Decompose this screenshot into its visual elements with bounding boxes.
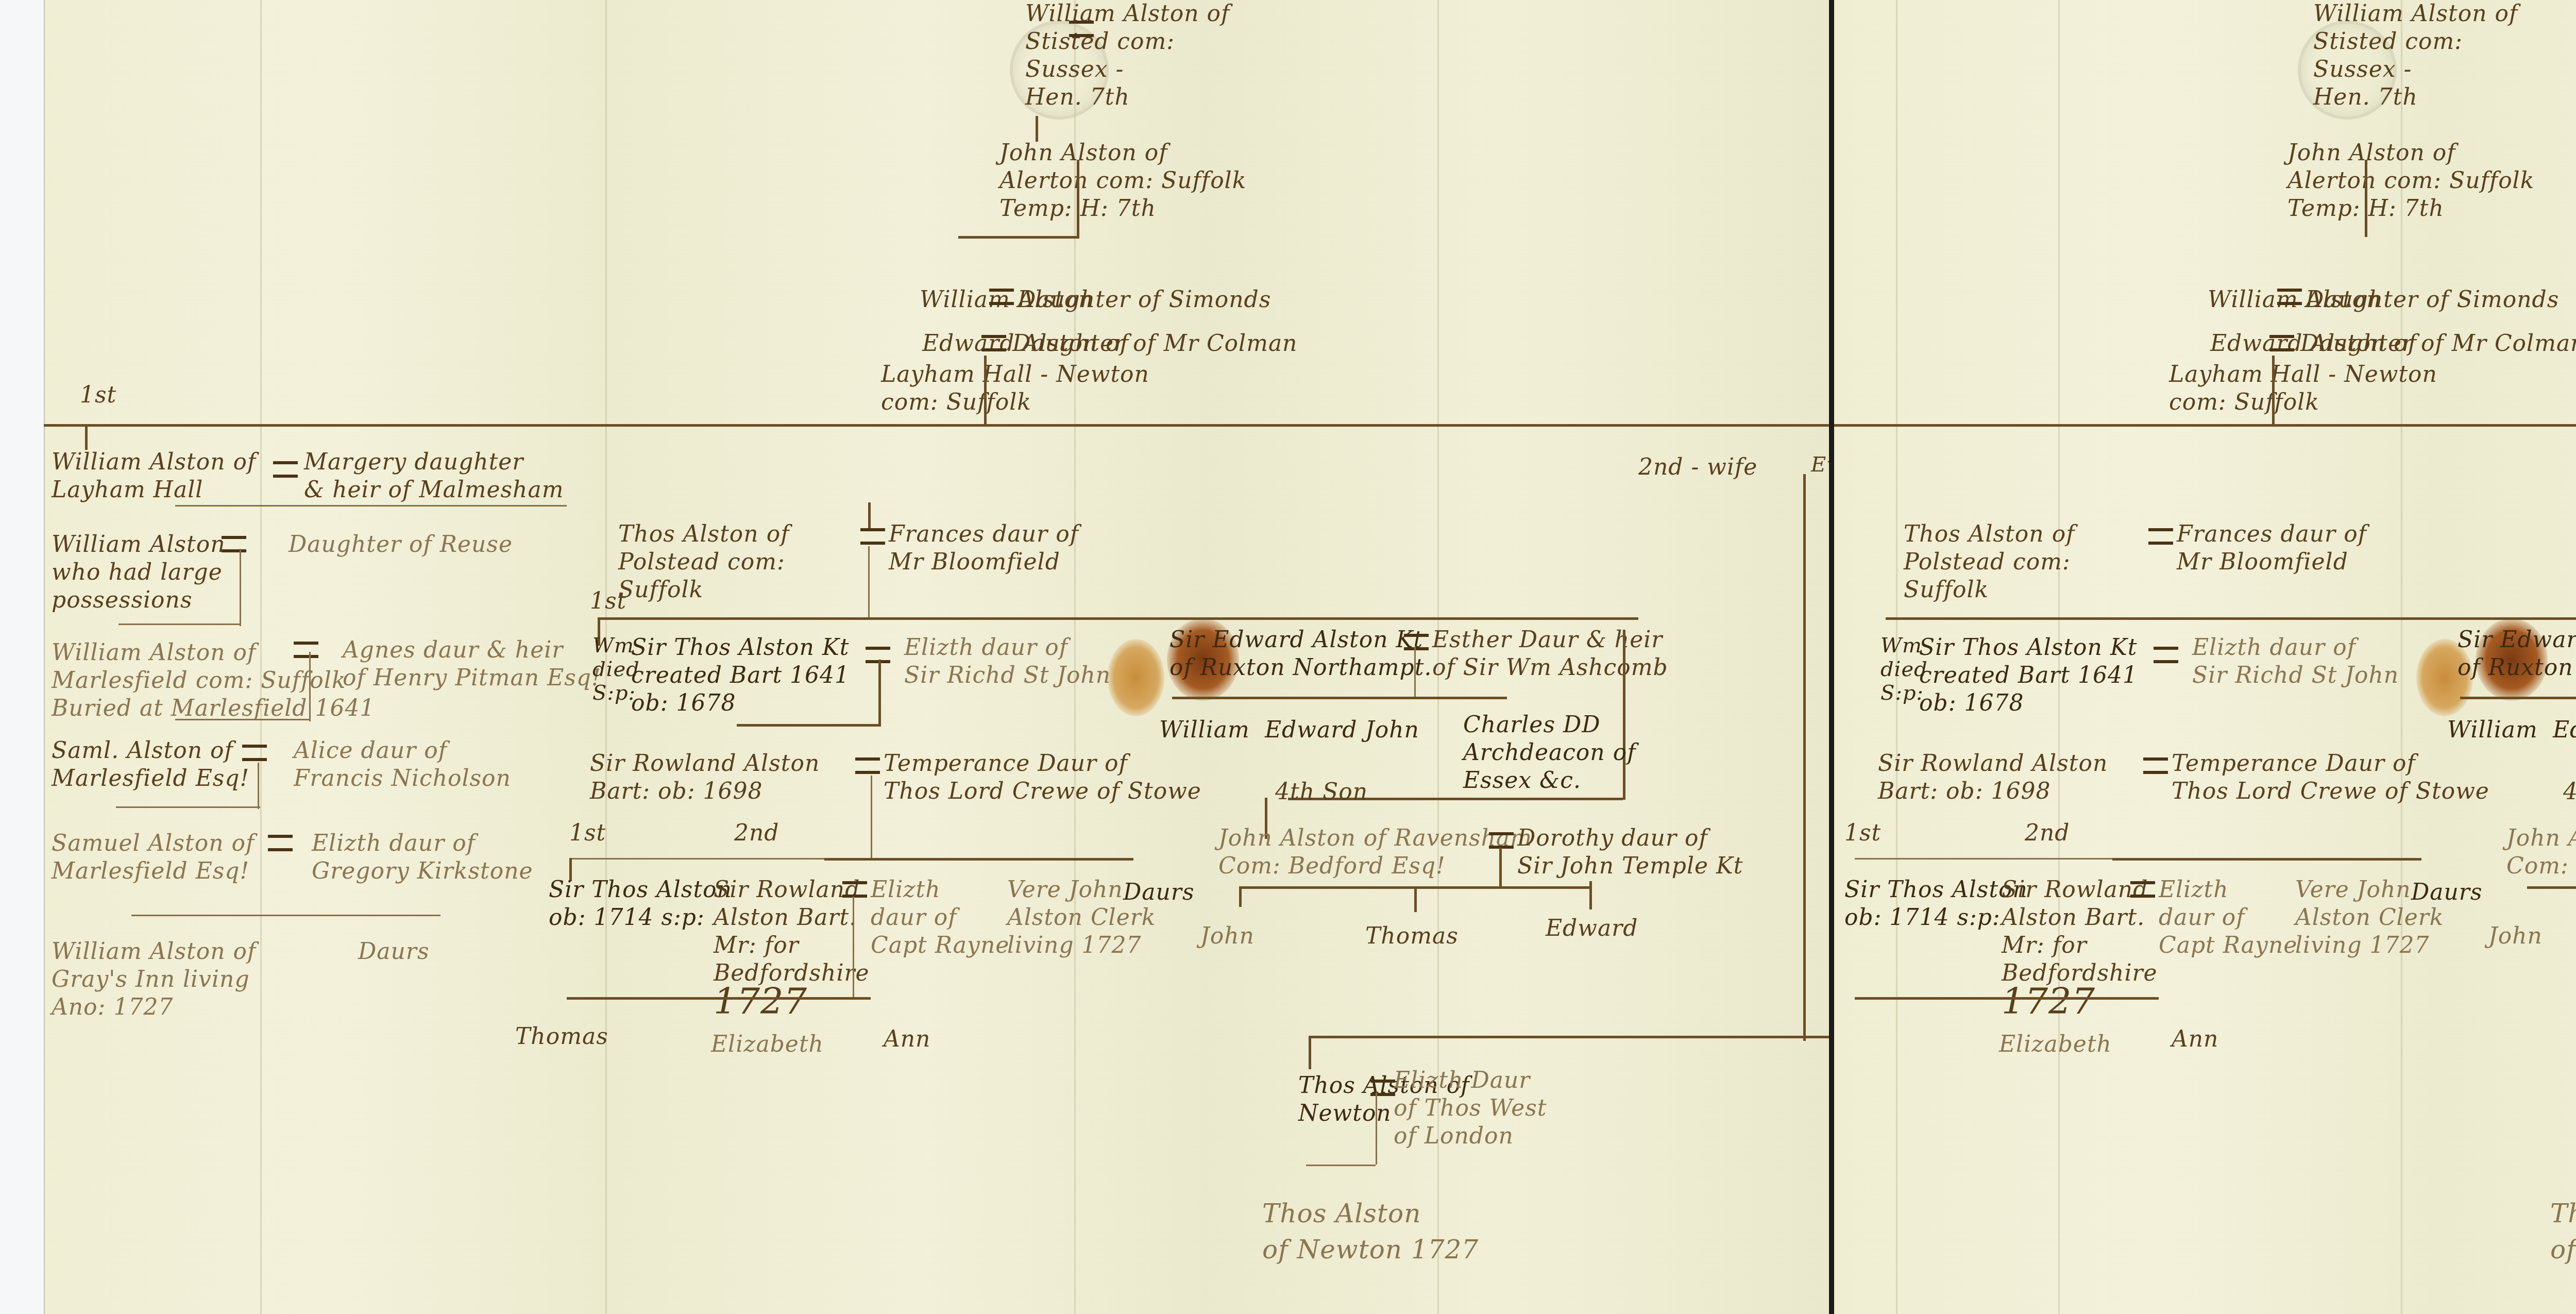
label-second-son: 2nd (734, 819, 779, 847)
child-ann: Ann (2172, 1025, 2218, 1053)
descent-line (1309, 1036, 1829, 1038)
child-edward-2: Edward (1546, 915, 1638, 942)
marriage-mark (2148, 528, 2173, 545)
marriage-mark (1370, 1080, 1395, 1096)
marriage-mark (273, 461, 298, 478)
marriage-mark (2277, 289, 2302, 305)
sir-thos-1714: Sir Thos Alston ob: 1714 s:p: (1844, 876, 2028, 932)
marriage-mark (294, 642, 318, 658)
branch-a-wife: Margery daughter & heir of Malmesham (304, 448, 564, 504)
descent-line (878, 660, 881, 727)
branch-b-wife: Daughter of Reuse (289, 531, 513, 559)
sir-rowland-wife: Temperance Daur of Thos Lord Crewe of St… (884, 750, 1201, 805)
child-charles: Charles DD Archdeacon of Essex &c. (1463, 711, 1636, 795)
polstead-husband: Thos Alston of Polstead com: Suffolk (618, 520, 789, 604)
gen2-husband: John Alston of Alerton com: Suffolk Temp… (999, 139, 1246, 223)
marriage-mark (860, 528, 885, 545)
descent-line (1499, 848, 1502, 889)
branch-e-daughters: Daurs (358, 938, 429, 966)
branch-e-husband: Samuel Alston of Marlesfield Esq! (52, 830, 255, 885)
gen1-husband: William Alston of Stisted com: Sussex - … (2313, 0, 2518, 111)
gen3-wife: Daughter of Simonds (2306, 286, 2559, 314)
sir-edward-husband: Sir Edward Alston Kt of Ruxton Northampt… (1170, 626, 1432, 682)
marriage-mark (222, 536, 246, 552)
marriage-mark (268, 835, 293, 851)
john-ravensham-wife: Dorothy daur of Sir John Temple Kt (1517, 824, 1743, 880)
descent-line (85, 424, 88, 450)
branch-d-husband: Saml. Alston of Marlesfield Esq! (52, 737, 249, 793)
sir-edward-wife: Esther Daur & heir of Sir Wm Ashcomb (1432, 626, 1668, 682)
branch-e-wife: Elizth daur of Gregory Kirkstone (312, 830, 533, 885)
marriage-mark (2269, 335, 2294, 351)
marriage-mark (2143, 757, 2168, 774)
descent-line (1306, 1165, 1376, 1166)
branch-a-husband: William Alston of Layham Hall (52, 448, 256, 504)
descent-line (984, 356, 987, 425)
sir-rowland-bart-wife: Elizth daur of Capt Rayne (2159, 876, 2297, 959)
newton-wife: Elizth Daur of Thos West of London (1394, 1067, 1547, 1150)
newton-child: Thos Alston of Newton 1727 (1262, 1195, 1479, 1268)
label-first-son-2: 1st (1844, 819, 1881, 847)
child-william: William (1159, 716, 1250, 744)
descent-line (240, 549, 241, 626)
label-first-son: 1st (590, 587, 626, 615)
descent-line (2365, 160, 2367, 237)
descent-line (1855, 858, 2112, 860)
daurs-label: Daurs (2411, 879, 2482, 906)
descent-line (309, 652, 311, 721)
gen4-seat: Layham Hall - Newton com: Suffolk (2169, 361, 2437, 416)
branch-c-husband: William Alston of Marlesfield com: Suffo… (52, 639, 375, 722)
label-fourth-son: 4th Son (1275, 778, 1368, 806)
scanner-margin (0, 0, 45, 1314)
marriage-mark (855, 757, 880, 774)
descent-line (175, 719, 309, 720)
polstead-wife: Frances daur of Mr Bloomfield (2177, 520, 2367, 576)
descent-line (1309, 1036, 1311, 1069)
gen2-husband: John Alston of Alerton com: Suffolk Temp… (2287, 139, 2534, 223)
descent-line (1855, 997, 2159, 1000)
descent-line (1589, 881, 1592, 909)
descent-line (258, 763, 259, 809)
newton-child: Thos Alston of Newton 1727 (2550, 1195, 2576, 1268)
sir-thos-wife: Elizth daur of Sir Richd St John (904, 634, 1111, 689)
descent-line (1376, 1092, 1377, 1165)
label-first: 1st (80, 381, 116, 409)
descent-line (853, 897, 854, 1000)
gen4-seat: Layham Hall - Newton com: Suffolk (881, 361, 1149, 416)
child-ann: Ann (884, 1025, 930, 1053)
child-thomas-2: Thomas (515, 1023, 608, 1051)
descent-line (868, 502, 871, 531)
marriage-mark (842, 881, 867, 898)
label-second-wife: 2nd - wife (1638, 453, 1757, 481)
descent-line (175, 505, 567, 507)
descent-line (2527, 886, 2576, 889)
child-thomas: Thomas (1365, 922, 1459, 950)
branch-f-person: William Alston of Gray's Inn living Ano:… (52, 938, 256, 1021)
marriage-mark (1069, 21, 1094, 37)
descent-line (1036, 116, 1038, 142)
marriage-mark (2154, 647, 2178, 663)
marriage-mark (981, 335, 1006, 351)
john-ravensham-husband: John Alston of Ravensham Com: Bedford Es… (2506, 824, 2576, 880)
gen1-husband: William Alston of Stisted com: Sussex - … (1025, 0, 1230, 111)
generation-bar (44, 424, 1829, 427)
gen4-wife: Daughter of Mr Colman (2300, 330, 2576, 358)
sir-rowland-bart-wife: Elizth daur of Capt Rayne (871, 876, 1009, 959)
descent-line (1803, 474, 1806, 1041)
sir-rowland-husband: Sir Rowland Alston Bart: ob: 1698 (1878, 750, 2108, 805)
sir-rowland-wife: Temperance Daur of Thos Lord Crewe of St… (2172, 750, 2489, 805)
marriage-mark (1404, 634, 1429, 650)
sir-thos-1714: Sir Thos Alston ob: 1714 s:p: (549, 876, 732, 932)
scan-seam (1829, 0, 1834, 1314)
descent-line (131, 915, 440, 916)
marriage-mark (1489, 832, 1514, 849)
descent-line (1414, 886, 1417, 912)
child-elizabeth: Elizabeth (1999, 1031, 2112, 1058)
child-john-2: John (2488, 922, 2543, 950)
marriage-mark (242, 745, 267, 761)
left-scan-panel: William Alston of Stisted com: Sussex - … (0, 0, 1829, 1314)
descent-line (1077, 160, 1079, 237)
descent-line (569, 858, 827, 860)
child-edward: Edward (1265, 716, 1357, 744)
descent-line (567, 997, 871, 1000)
marriage-mark (2130, 881, 2155, 898)
descent-line (118, 624, 240, 625)
label-second-son: 2nd (2025, 819, 2070, 847)
descent-line (116, 806, 260, 808)
sir-thos-wife: Elizth daur of Sir Richd St John (2192, 634, 2399, 689)
marriage-mark (866, 647, 890, 663)
john-ravensham-husband: John Alston of Ravensham Com: Bedford Es… (1218, 824, 1532, 880)
generation-bar (598, 617, 1638, 620)
label-fourth-son: 4th Son (2563, 778, 2576, 806)
gen3-wife: Daughter of Simonds (1018, 286, 1271, 314)
partial-edge-label: Ewa (1811, 451, 1829, 479)
branch-d-wife: Alice daur of Francis Nicholson (294, 737, 511, 793)
descent-line (824, 858, 1133, 861)
label-first-son-2: 1st (569, 819, 606, 847)
polstead-wife: Frances daur of Mr Bloomfield (889, 520, 1079, 576)
ink-stain (1108, 639, 1164, 716)
descent-line (1172, 697, 1507, 699)
generation-bar (1886, 617, 2576, 620)
sir-thos-husband: Sir Thos Alston Kt created Bart 1641 ob:… (631, 634, 850, 717)
sir-rowland-husband: Sir Rowland Alston Bart: ob: 1698 (590, 750, 820, 805)
descent-line (2112, 858, 2421, 861)
descent-line (1239, 886, 1242, 907)
gen4-wife: Daughter of Mr Colman (1012, 330, 1297, 358)
marriage-mark (989, 289, 1014, 305)
daurs-label: Daurs (1123, 879, 1194, 906)
sir-thos-husband: Sir Thos Alston Kt created Bart 1641 ob:… (1919, 634, 2138, 717)
descent-line (1414, 647, 1416, 698)
generation-bar (1834, 424, 2576, 427)
descent-line (958, 236, 1079, 239)
child-william: William (2447, 716, 2538, 744)
child-elizabeth: Elizabeth (711, 1031, 824, 1058)
descent-line (871, 776, 872, 858)
descent-line (2272, 356, 2275, 425)
right-scan-panel: William Alston of Stisted com: Sussex - … (1834, 0, 2576, 1314)
sir-edward-husband: Sir Edward Alston Kt of Ruxton Northampt… (2458, 626, 2576, 682)
polstead-husband: Thos Alston of Polstead com: Suffolk (1904, 520, 2075, 604)
branch-c-wife: Agnes daur & heir of Henry Pitman Esq! (343, 636, 601, 692)
branch-b-husband: William Alston who had large possessions (52, 531, 226, 614)
child-john: John (1365, 716, 1419, 744)
descent-line (868, 546, 870, 618)
child-edward: Edward (2553, 716, 2576, 744)
descent-line (737, 724, 878, 727)
child-john-2: John (1200, 922, 1255, 950)
descent-line (2460, 697, 2576, 699)
